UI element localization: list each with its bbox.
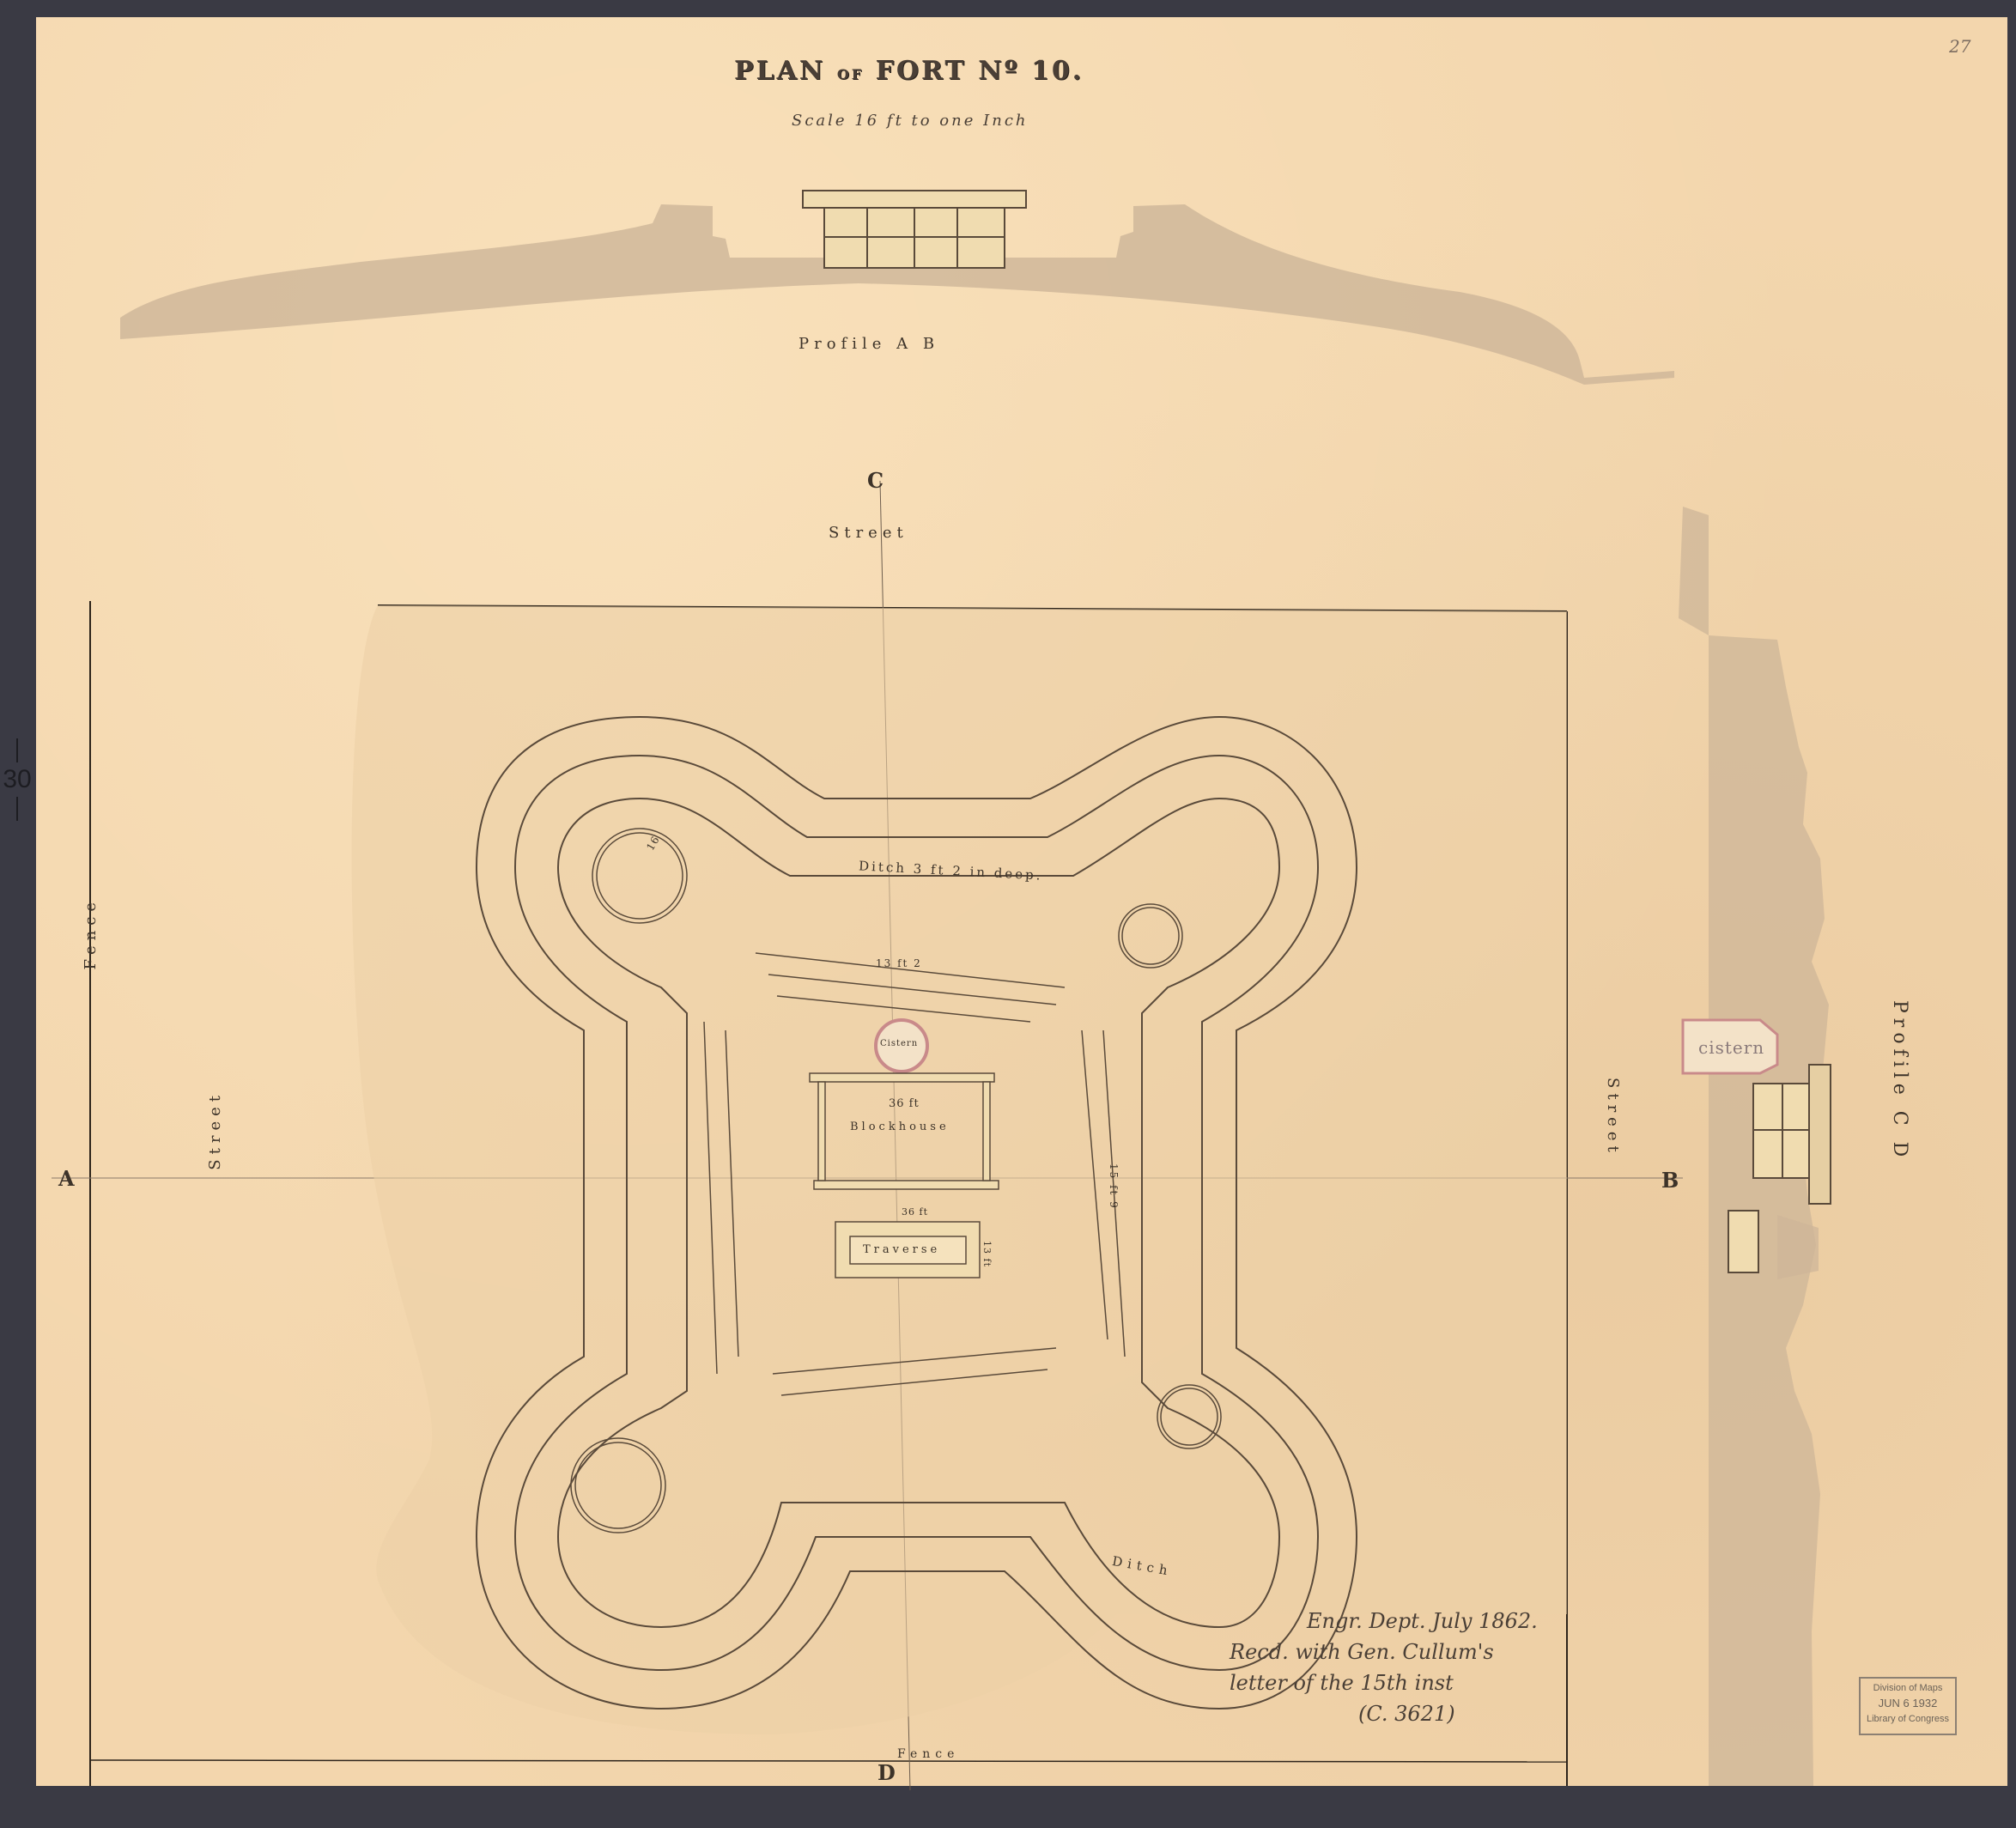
- traverse-profile: [1728, 1211, 1758, 1272]
- cistern-profile-label: cistern: [1698, 1037, 1764, 1058]
- blockhouse-dim: 36 ft: [889, 1097, 920, 1110]
- blockhouse-label: Blockhouse: [850, 1120, 950, 1133]
- point-b: B: [1661, 1168, 1680, 1193]
- blockhouse-profile: [803, 191, 1026, 268]
- street-label-right: Street: [1604, 1078, 1622, 1157]
- profile-cd-label: Profile C D: [1889, 1000, 1910, 1162]
- point-a: A: [58, 1166, 76, 1191]
- annotation-line: letter of the 15th inst: [1230, 1667, 1538, 1698]
- map-title: PLAN OF FORT Nº 10.: [734, 56, 1084, 86]
- annotation-line: Engr. Dept. July 1862.: [1230, 1606, 1538, 1637]
- curtain-top-dim: 13 ft 2: [876, 957, 922, 969]
- receipt-annotation: Engr. Dept. July 1862. Recd. with Gen. C…: [1230, 1606, 1538, 1729]
- traverse-label: Traverse: [863, 1243, 940, 1256]
- point-c: C: [867, 468, 885, 493]
- traverse-dim: 36 ft: [902, 1206, 928, 1218]
- profile-ab-label: Profile A B: [799, 335, 939, 353]
- library-stamp: Division of Maps JUN 6 1932 Library of C…: [1859, 1677, 1957, 1735]
- street-label-top: Street: [829, 524, 908, 542]
- annotation-line: Recd. with Gen. Cullum's: [1230, 1637, 1538, 1667]
- cistern-label: Cistern: [880, 1039, 918, 1048]
- annotation-line: (C. 3621): [1230, 1698, 1538, 1729]
- traverse-side-dim: 13 ft: [981, 1241, 993, 1267]
- glacis: [352, 605, 1567, 1734]
- fence-label-bottom: Fence: [897, 1747, 959, 1761]
- stamp-line: JUN 6 1932: [1861, 1696, 1955, 1711]
- scale-note: Scale 16 ft to one Inch: [792, 112, 1029, 130]
- stamp-line: Library of Congress: [1861, 1711, 1955, 1727]
- curtain-right-dim: 15 ft 9: [1108, 1163, 1120, 1210]
- point-d: D: [877, 1760, 897, 1785]
- street-label-left: Street: [206, 1090, 224, 1170]
- fence-label-left: Fence: [82, 897, 100, 969]
- fort-drawing: [0, 0, 2016, 1828]
- page-number: 27: [1949, 36, 1970, 57]
- stamp-line: Division of Maps: [1861, 1680, 1955, 1696]
